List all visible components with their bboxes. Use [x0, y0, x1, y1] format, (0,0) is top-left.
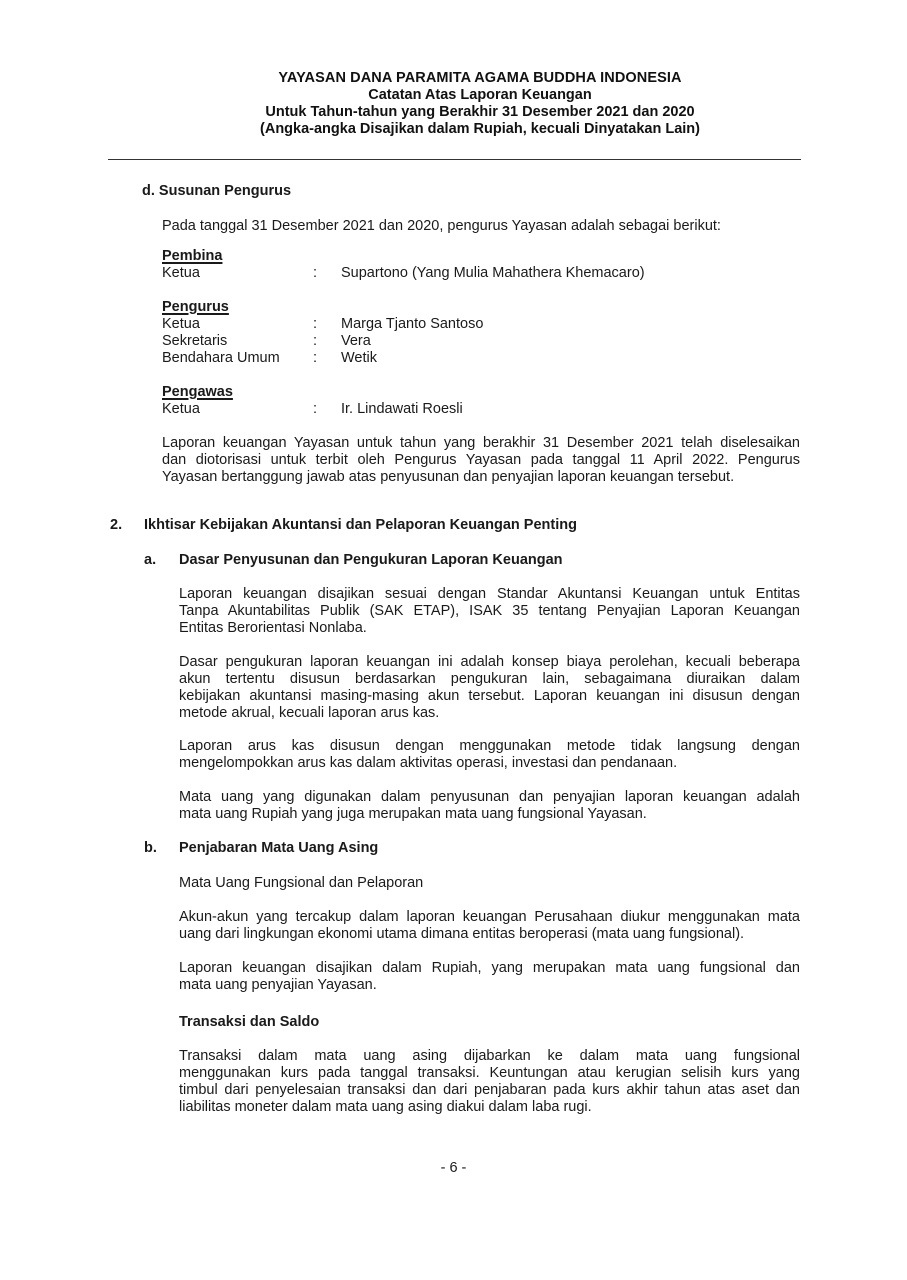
document-header: YAYASAN DANA PARAMITA AGAMA BUDDHA INDON…: [160, 70, 800, 138]
group-title-pengurus: Pengurus: [162, 299, 229, 316]
sub-b-subtitle: Mata Uang Fungsional dan Pelaporan: [179, 875, 423, 892]
sub-b-paragraph-1: Akun-akun yang tercakup dalam laporan ke…: [179, 909, 800, 943]
member-colon: :: [313, 316, 317, 333]
member-name: Supartono (Yang Mulia Mahathera Khemacar…: [341, 265, 645, 282]
section-d-heading: d. Susunan Pengurus: [142, 183, 291, 200]
header-divider: [108, 159, 801, 160]
currency-note: (Angka-angka Disajikan dalam Rupiah, kec…: [160, 121, 800, 138]
sub-b-paragraph-2: Laporan keuangan disajikan dalam Rupiah,…: [179, 960, 800, 994]
sub-a-paragraph-1: Laporan keuangan disajikan sesuai dengan…: [179, 586, 800, 637]
section-2-heading: Ikhtisar Kebijakan Akuntansi dan Pelapor…: [144, 517, 577, 534]
sub-a-paragraph-3: Laporan arus kas disusun dengan mengguna…: [179, 738, 800, 772]
sub-b-letter: b.: [144, 840, 157, 857]
member-role: Ketua: [162, 316, 200, 333]
sub-a-letter: a.: [144, 552, 156, 569]
organization-name: YAYASAN DANA PARAMITA AGAMA BUDDHA INDON…: [160, 70, 800, 87]
section-d-closing: Laporan keuangan Yayasan untuk tahun yan…: [162, 435, 800, 486]
member-name: Vera: [341, 333, 371, 350]
document-title: Catatan Atas Laporan Keuangan: [160, 87, 800, 104]
section-d-intro: Pada tanggal 31 Desember 2021 dan 2020, …: [162, 218, 721, 235]
page-number: - 6 -: [0, 1160, 907, 1176]
sub-a-heading: Dasar Penyusunan dan Pengukuran Laporan …: [179, 552, 563, 569]
transaksi-heading: Transaksi dan Saldo: [179, 1014, 319, 1031]
member-name: Marga Tjanto Santoso: [341, 316, 483, 333]
member-colon: :: [313, 401, 317, 418]
sub-a-paragraph-4: Mata uang yang digunakan dalam penyusuna…: [179, 789, 800, 823]
member-colon: :: [313, 350, 317, 367]
member-role: Ketua: [162, 401, 200, 418]
period-line: Untuk Tahun-tahun yang Berakhir 31 Desem…: [160, 104, 800, 121]
sub-a-paragraph-2: Dasar pengukuran laporan keuangan ini ad…: [179, 654, 800, 722]
member-name: Ir. Lindawati Roesli: [341, 401, 463, 418]
member-role: Bendahara Umum: [162, 350, 280, 367]
transaksi-paragraph: Transaksi dalam mata uang asing dijabark…: [179, 1048, 800, 1116]
member-role: Ketua: [162, 265, 200, 282]
group-title-pengawas: Pengawas: [162, 384, 233, 401]
member-colon: :: [313, 265, 317, 282]
document-page: YAYASAN DANA PARAMITA AGAMA BUDDHA INDON…: [0, 0, 907, 1280]
sub-b-heading: Penjabaran Mata Uang Asing: [179, 840, 378, 857]
section-2-number: 2.: [110, 517, 122, 534]
group-title-pembina: Pembina: [162, 248, 222, 265]
member-colon: :: [313, 333, 317, 350]
member-role: Sekretaris: [162, 333, 227, 350]
member-name: Wetik: [341, 350, 377, 367]
